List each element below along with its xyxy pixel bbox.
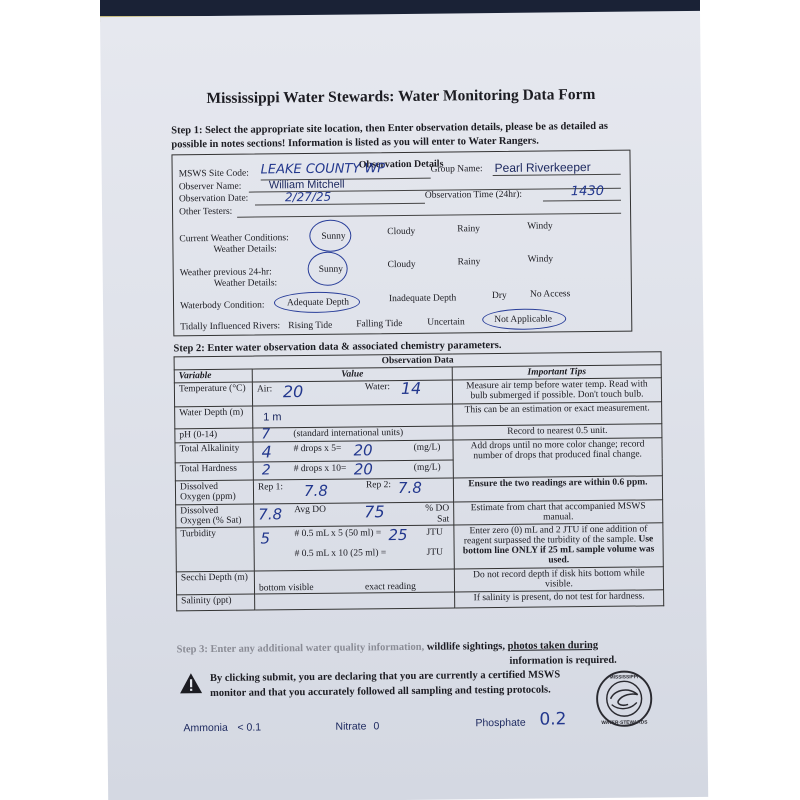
form-title: Mississippi Water Stewards: Water Monito… — [101, 85, 701, 109]
nitrate-value: 0 — [373, 720, 379, 732]
turbidity-units-2: JTU — [427, 548, 443, 558]
tidal-option-uncertain[interactable]: Uncertain — [427, 317, 465, 327]
paper-form: Mississippi Water Stewards: Water Monito… — [100, 11, 708, 800]
turbidity-count-field[interactable]: 5 — [260, 529, 270, 547]
weather-prev-option-cloudy[interactable]: Cloudy — [388, 260, 416, 270]
tip-temperature: Measure air temp before water temp. Read… — [452, 378, 661, 404]
current-weather-label: Current Weather Conditions: — [179, 233, 288, 244]
alkalinity-formula: # drops x 5= — [293, 444, 341, 455]
variable-alkalinity: Total Alkalinity — [175, 442, 253, 463]
waterbody-selection-circle — [274, 291, 360, 313]
weather-prev-selection-circle — [307, 252, 347, 286]
value-alkalinity: 4 # drops x 5= 20 (mg/L) — [253, 440, 453, 462]
site-code-label: MSWS Site Code: — [179, 169, 249, 180]
variable-do-sat: Dissolved Oxygen (% Sat) — [176, 504, 254, 528]
table-row-turbidity: Turbidity 5 # 0.5 mL x 5 (50 ml) = 25 JT… — [176, 523, 663, 572]
tidal-label: Tidally Influenced Rivers: — [180, 321, 280, 332]
variable-hardness: Total Hardness — [175, 462, 253, 481]
hardness-result-field[interactable]: 20 — [354, 460, 373, 478]
observer-name-label: Observer Name: — [179, 182, 242, 193]
tip-turbidity-text: Enter zero (0) mL and 2 JTU if one addit… — [464, 524, 648, 546]
variable-ph: pH (0-14) — [175, 428, 253, 443]
ph-units: (standard international units) — [293, 428, 403, 439]
variable-temperature: Temperature (°C) — [174, 382, 252, 407]
mississippi-water-stewards-seal-logo: MISSISSIPPI WATER·STEWARDS — [595, 669, 654, 728]
step3-faded-text: Step 3: Enter any additional water quali… — [177, 642, 425, 656]
air-label: Air: — [257, 384, 272, 394]
water-label: Water: — [365, 382, 390, 392]
air-temp-field[interactable]: 20 — [283, 382, 304, 401]
tip-salinity: If salinity is present, do not test for … — [455, 590, 664, 608]
weather-prev-option-rainy[interactable]: Rainy — [458, 257, 481, 267]
observation-date-label: Observation Date: — [179, 194, 248, 205]
alkalinity-units: (mg/L) — [413, 443, 440, 453]
waterbody-option-inadequate[interactable]: Inadequate Depth — [389, 293, 456, 304]
observation-time-field[interactable]: 1430 — [571, 184, 604, 199]
tip-alkalinity: Add drops until no more color change; re… — [453, 438, 662, 478]
ph-field[interactable]: 7 — [261, 426, 270, 442]
alkalinity-drops-field[interactable]: 4 — [261, 442, 271, 461]
avg-do-label: Avg DO — [294, 505, 326, 515]
alkalinity-result-field[interactable]: 20 — [353, 441, 372, 459]
current-weather-selection-circle — [309, 220, 351, 252]
weather-prev-option-windy[interactable]: Windy — [528, 254, 554, 264]
phosphate-label: Phosphate — [475, 717, 525, 730]
current-weather-option-cloudy[interactable]: Cloudy — [387, 227, 415, 237]
rep1-field[interactable]: 7.8 — [304, 482, 328, 500]
tidal-selection-circle — [482, 308, 566, 330]
site-code-field[interactable]: LEAKE COUNTY WP — [261, 161, 386, 177]
tip-do-sat: Estimate from chart that accompanied MSW… — [454, 500, 663, 525]
water-temp-field[interactable]: 14 — [401, 379, 422, 398]
phosphate-value: 0.2 — [539, 709, 566, 729]
group-name-label: Group Name: — [431, 164, 483, 175]
do-sat-units: % DO Sat — [419, 504, 449, 526]
turbidity-formula-2: # 0.5 mL x 10 (25 ml) = — [295, 548, 387, 559]
turbidity-result-1-field[interactable]: 25 — [388, 526, 407, 544]
current-weather-option-windy[interactable]: Windy — [527, 221, 553, 231]
waterbody-option-no-access[interactable]: No Access — [530, 289, 570, 299]
rep2-label: Rep 2: — [366, 480, 391, 490]
step3-underlined-text: photos taken during — [508, 640, 599, 652]
do-sat-field[interactable]: 75 — [364, 502, 385, 521]
observation-date-field[interactable]: 2/27/25 — [285, 190, 331, 204]
value-do-ppm: Rep 1: 7.8 Rep 2: 7.8 — [253, 478, 453, 504]
nitrate-label: Nitrate — [335, 720, 366, 732]
variable-do-ppm: Dissolved Oxygen (ppm) — [175, 480, 253, 505]
table-row-alkalinity: Total Alkalinity 4 # drops x 5= 20 (mg/L… — [175, 438, 662, 463]
current-weather-details-label: Weather Details: — [213, 244, 276, 255]
value-turbidity: 5 # 0.5 mL x 5 (50 ml) = 25 JTU # 0.5 mL… — [254, 525, 454, 571]
rep1-label: Rep 1: — [258, 482, 283, 492]
tip-turbidity: Enter zero (0) mL and 2 JTU if one addit… — [454, 523, 663, 569]
hardness-formula: # drops x 10= — [294, 464, 347, 475]
observation-details-box: Observation Details MSWS Site Code: LEAK… — [171, 150, 632, 337]
weather-prev-details-label: Weather Details: — [214, 278, 277, 289]
tidal-option-rising[interactable]: Rising Tide — [288, 321, 332, 331]
observation-date-line — [255, 203, 425, 206]
variable-turbidity: Turbidity — [176, 527, 254, 572]
declaration-line2: monitor and that you accurately followed… — [210, 682, 610, 701]
group-name-field[interactable]: Pearl Riverkeeper — [495, 160, 591, 175]
ammonia-value: < 0.1 — [237, 721, 261, 733]
step1-instructions: Step 1: Select the appropriate site loca… — [171, 119, 641, 152]
current-weather-option-rainy[interactable]: Rainy — [457, 224, 480, 234]
tip-do-ppm: Ensure the two readings are within 0.6 p… — [453, 476, 662, 502]
ammonia-label: Ammonia — [183, 722, 227, 734]
header-variable: Variable — [174, 369, 252, 383]
value-secchi: bottom visible exact reading — [254, 569, 454, 594]
turbidity-units-1: JTU — [426, 528, 442, 538]
hardness-units: (mg/L) — [414, 463, 441, 473]
tidal-option-falling[interactable]: Falling Tide — [356, 319, 402, 329]
observation-data-table: Observation Data Variable Value Importan… — [174, 351, 665, 611]
value-water-depth: 1 m — [253, 404, 453, 428]
tip-water-depth: This can be an estimation or exact measu… — [453, 402, 662, 426]
variable-secchi: Secchi Depth (m) — [176, 571, 254, 595]
value-hardness: 2 # drops x 10= 20 (mg/L) — [253, 460, 453, 480]
value-temperature: Air: 20 Water: 14 — [252, 380, 452, 406]
waterbody-label: Waterbody Condition: — [180, 300, 265, 311]
secchi-option-exact-reading[interactable]: exact reading — [365, 582, 416, 593]
secchi-option-bottom-visible[interactable]: bottom visible — [259, 583, 314, 594]
turbidity-formula-1: # 0.5 mL x 5 (50 ml) = — [294, 528, 381, 539]
step3-bold-text: wildlife sightings, — [424, 641, 508, 653]
rep2-field[interactable]: 7.8 — [398, 479, 422, 497]
svg-text:WATER·STEWARDS: WATER·STEWARDS — [601, 720, 648, 726]
hardness-drops-field[interactable]: 2 — [262, 462, 271, 478]
variable-salinity: Salinity (ppt) — [177, 594, 255, 611]
value-salinity[interactable] — [255, 592, 455, 610]
observation-time-line — [543, 200, 621, 202]
warning-icon — [179, 672, 203, 694]
step2-instructions: Step 2: Enter water observation data & a… — [173, 340, 501, 354]
avg-do-value-field[interactable]: 7.8 — [258, 505, 282, 523]
waterbody-option-dry[interactable]: Dry — [492, 291, 507, 301]
value-do-sat: 7.8 Avg DO 75 % DO Sat — [254, 502, 454, 527]
other-testers-line — [237, 213, 621, 218]
water-depth-field[interactable]: 1 m — [263, 411, 281, 423]
other-testers-label: Other Testers: — [179, 207, 232, 218]
observation-time-label: Observation Time (24hr): — [425, 190, 522, 201]
weather-prev-label: Weather previous 24-hr: — [180, 267, 272, 278]
svg-text:MISSISSIPPI: MISSISSIPPI — [610, 674, 639, 680]
tip-secchi: Do not record depth if disk hits bottom … — [454, 567, 663, 592]
declaration-text: By clicking submit, you are declaring th… — [210, 667, 610, 701]
variable-water-depth: Water Depth (m) — [175, 406, 253, 429]
